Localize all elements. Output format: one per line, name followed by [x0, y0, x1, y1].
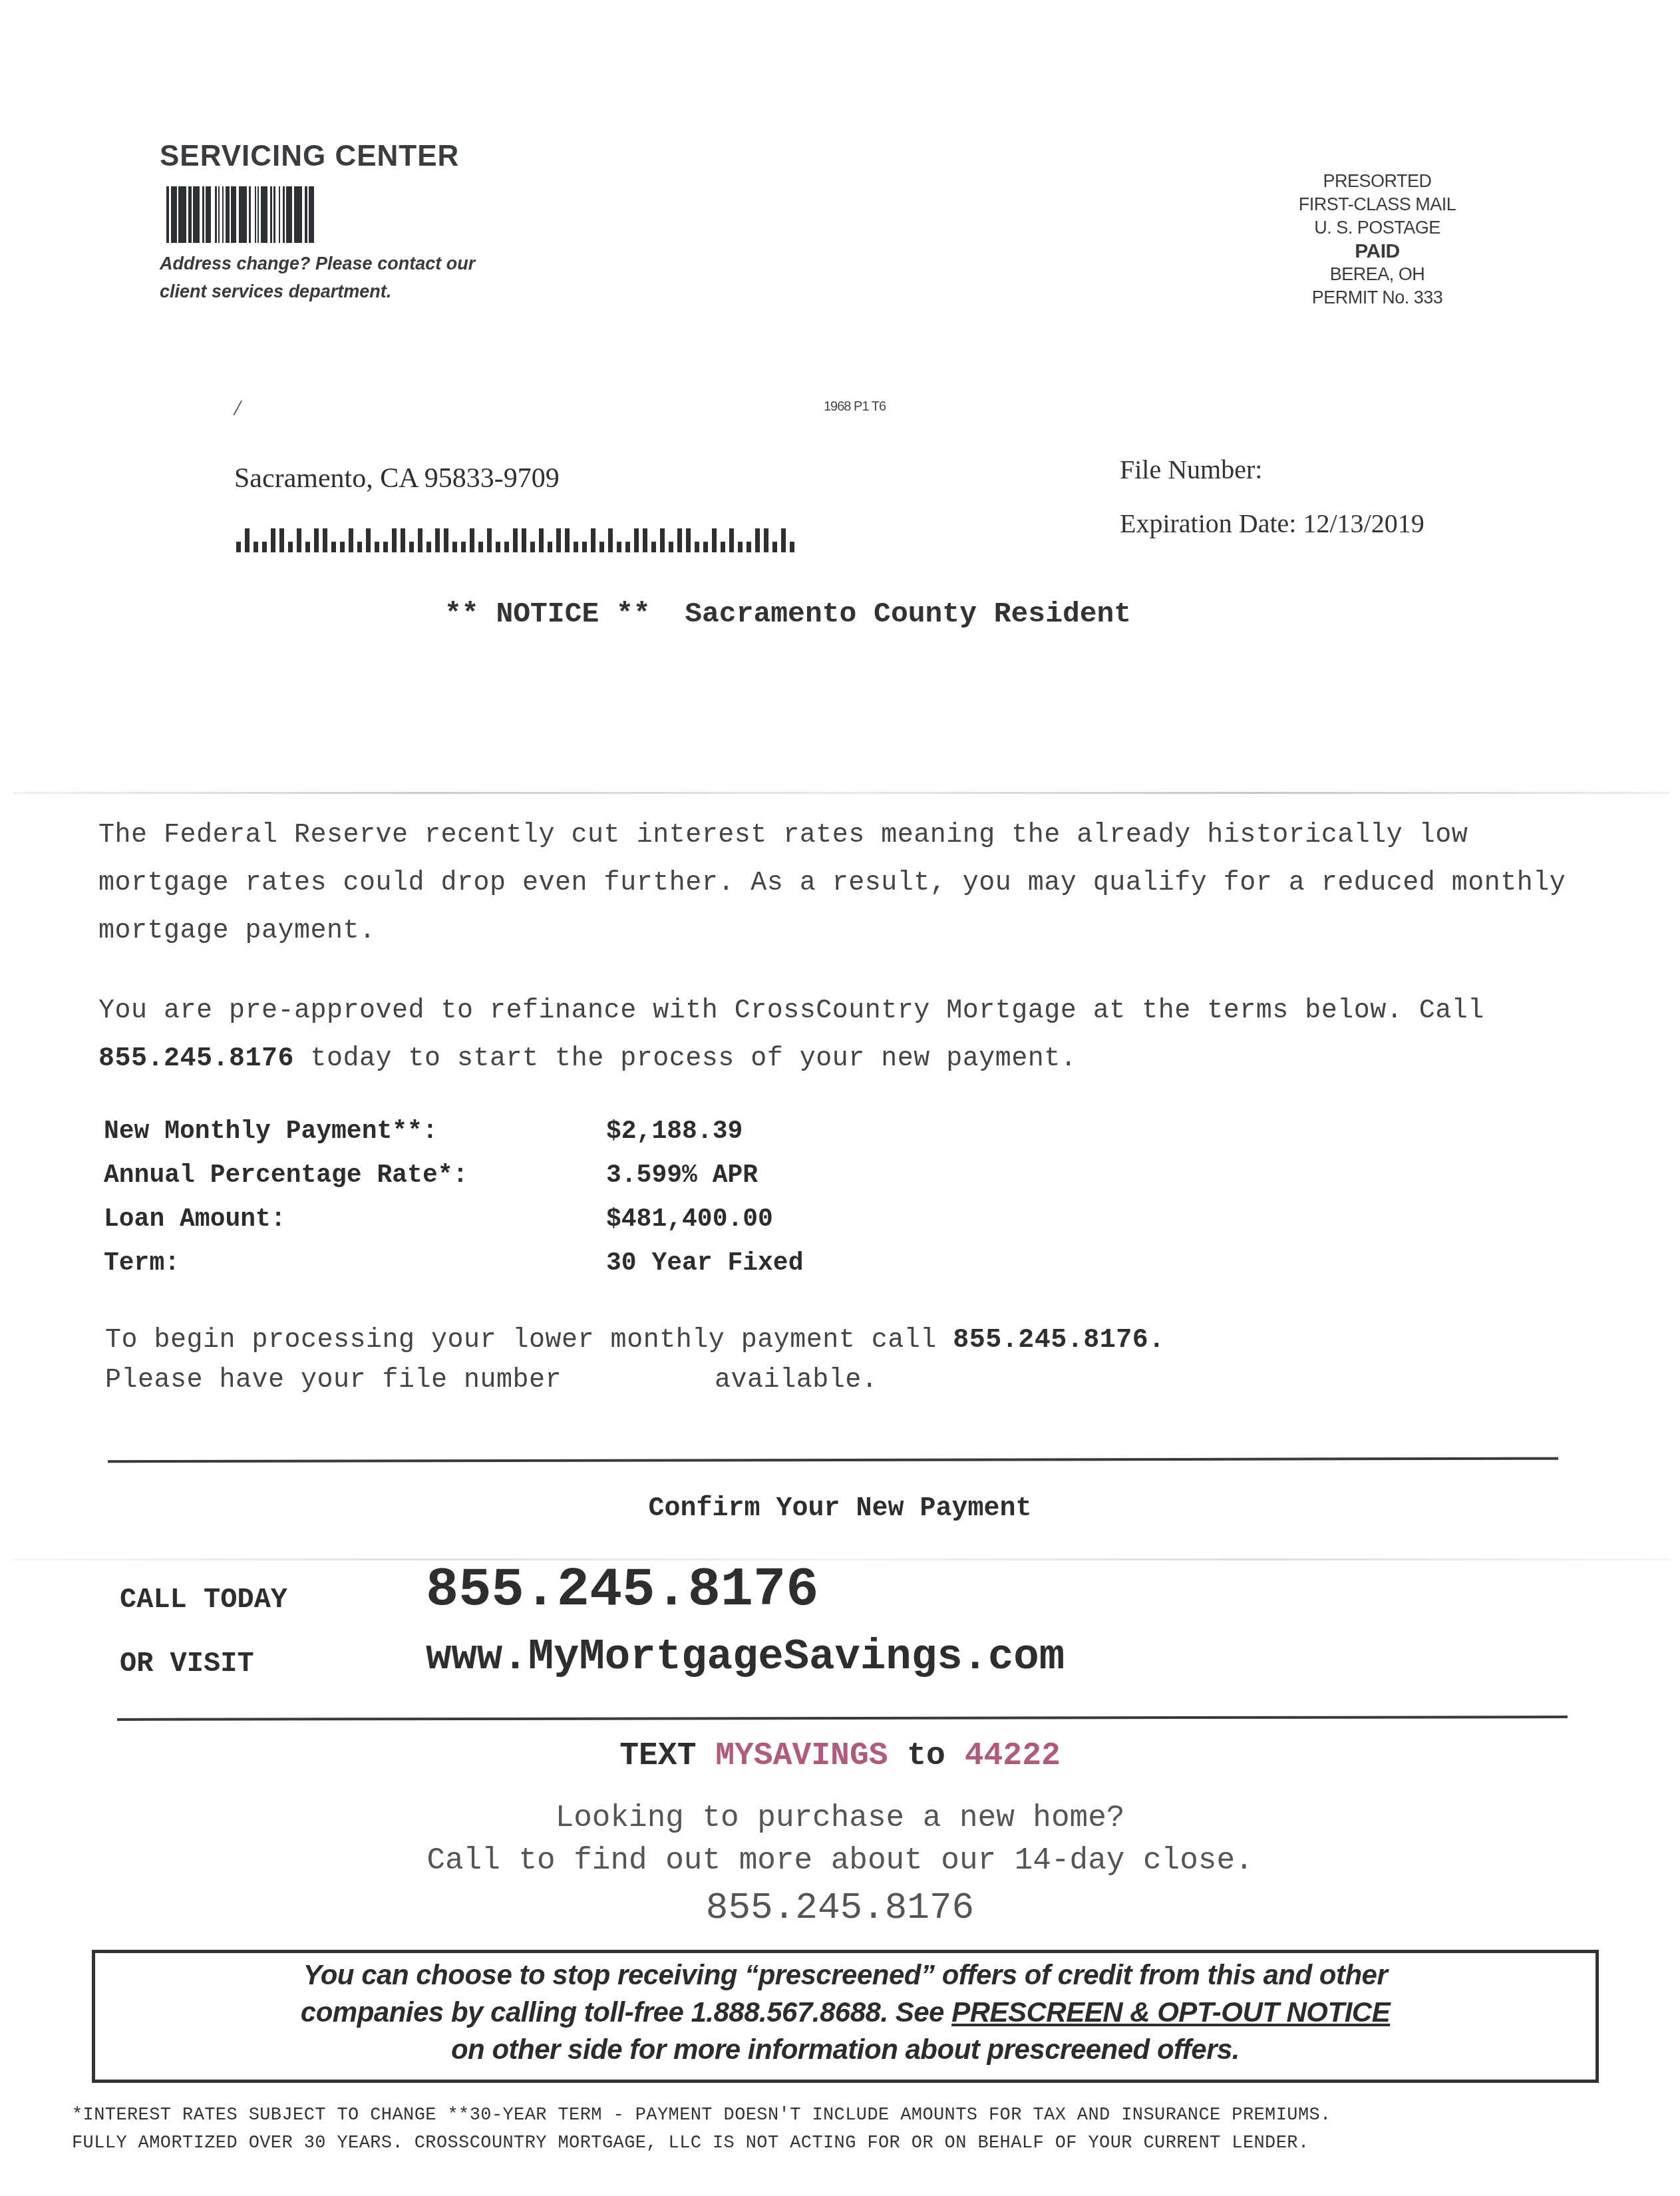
postage-line: PRESORTED — [1271, 170, 1484, 193]
divider — [108, 1457, 1558, 1463]
preapproval-paragraph: You are pre-approved to refinance with C… — [98, 988, 1596, 1083]
terms-value: $481,400.00 — [606, 1205, 773, 1234]
terms-value: $2,188.39 — [606, 1117, 743, 1146]
address-change-note: Address change? Please contact our clien… — [160, 250, 475, 305]
prescreen-optout-link[interactable]: PRESCREEN & OPT-OUT NOTICE — [951, 1996, 1390, 2028]
terms-row: Annual Percentage Rate*: 3.599% APR — [104, 1153, 803, 1197]
terms-label: New Monthly Payment**: — [104, 1117, 606, 1146]
phone-link[interactable]: 855.245.8176. — [953, 1326, 1165, 1356]
purchase-line-1: Looking to purchase a new home? — [0, 1797, 1680, 1839]
website-link[interactable]: www.MyMortgageSavings.com — [426, 1634, 1065, 1682]
notice-recipient-type: Sacramento County Resident — [685, 598, 1131, 630]
postage-city: BEREA, OH — [1271, 263, 1484, 286]
confirm-title: Confirm Your New Payment — [0, 1494, 1680, 1524]
divider — [117, 1716, 1568, 1721]
optout-line-3: on other side for more information about… — [92, 2031, 1599, 2068]
processing-paragraph: To begin processing your lower monthly p… — [105, 1321, 1602, 1401]
text-keyword: MYSAVINGS — [715, 1738, 888, 1774]
recipient-city-state-zip: Sacramento, CA 95833-9709 — [234, 462, 560, 494]
phone-link[interactable]: 855.245.8176 — [0, 1882, 1680, 1934]
terms-row: Term: 30 Year Fixed — [104, 1241, 803, 1285]
address-mark: / — [234, 396, 240, 421]
expiration-label: Expiration Date: — [1120, 508, 1296, 538]
terms-row: Loan Amount: $481,400.00 — [104, 1197, 803, 1241]
postage-paid: PAID — [1271, 240, 1484, 263]
loan-terms-table: New Monthly Payment**: $2,188.39 Annual … — [104, 1109, 803, 1285]
batch-code: 1968 P1 T6 — [824, 399, 886, 415]
file-number-request: Please have your file number — [105, 1366, 562, 1395]
postage-indicia: PRESORTED FIRST-CLASS MAIL U. S. POSTAGE… — [1271, 170, 1484, 309]
file-number: File Number: — [1120, 454, 1262, 485]
call-today-label: CALL TODAY — [120, 1584, 287, 1616]
barcode-icon — [166, 186, 579, 243]
notice-prefix: ** NOTICE ** — [444, 598, 651, 630]
expiration-date: Expiration Date: 12/13/2019 — [1120, 508, 1425, 539]
terms-value: 30 Year Fixed — [606, 1249, 803, 1278]
text-to-word: to — [907, 1738, 945, 1774]
preapproval-text-end: today to start the process of your new p… — [311, 1044, 1077, 1074]
footer-disclaimer: *INTEREST RATES SUBJECT TO CHANGE **30-Y… — [72, 2102, 1615, 2157]
visit-label: OR VISIT — [120, 1648, 254, 1680]
available-text: available. — [715, 1366, 878, 1395]
optout-line-1: You can choose to stop receiving “prescr… — [92, 1956, 1599, 1994]
optout-phone-text: companies by calling toll-free 1.888.567… — [301, 1996, 944, 2028]
postage-permit: PERMIT No. 333 — [1271, 286, 1484, 309]
terms-row: New Monthly Payment**: $2,188.39 — [104, 1109, 803, 1153]
disclaimer-line-2: FULLY AMORTIZED OVER 30 YEARS. CROSSCOUN… — [72, 2129, 1615, 2157]
processing-line-2: Please have your file numberavailable. — [105, 1361, 1602, 1401]
phone-link[interactable]: 855.245.8176 — [98, 1044, 294, 1074]
file-number-label: File Number: — [1120, 455, 1262, 484]
notice-heading: ** NOTICE ** Sacramento County Resident — [444, 598, 1131, 630]
fold-line — [13, 792, 1670, 794]
terms-label: Term: — [104, 1249, 606, 1278]
address-note-line-1: Address change? Please contact our — [160, 250, 475, 277]
text-short-code[interactable]: 44222 — [965, 1738, 1061, 1774]
postage-line: FIRST-CLASS MAIL — [1271, 193, 1484, 216]
disclaimer-line-1: *INTEREST RATES SUBJECT TO CHANGE **30-Y… — [72, 2102, 1615, 2129]
purchase-promo: Looking to purchase a new home? Call to … — [0, 1797, 1680, 1934]
terms-label: Loan Amount: — [104, 1205, 606, 1234]
text-word: TEXT — [619, 1738, 696, 1774]
postnet-barcode-icon — [236, 526, 822, 552]
postage-line: U. S. POSTAGE — [1271, 216, 1484, 240]
preapproval-text: You are pre-approved to refinance with C… — [98, 996, 1484, 1026]
intro-paragraph: The Federal Reserve recently cut interes… — [98, 812, 1596, 956]
text-offer: TEXT MYSAVINGS to 44222 — [0, 1738, 1680, 1774]
optout-notice-text: You can choose to stop receiving “prescr… — [92, 1956, 1599, 2068]
purchase-line-2: Call to find out more about our 14-day c… — [0, 1839, 1680, 1882]
sender-title: SERVICING CENTER — [160, 140, 459, 173]
processing-text: To begin processing your lower monthly p… — [105, 1326, 937, 1356]
processing-line-1: To begin processing your lower monthly p… — [105, 1321, 1602, 1361]
optout-line-2: companies by calling toll-free 1.888.567… — [92, 1994, 1599, 2031]
phone-link[interactable]: 855.245.8176 — [426, 1559, 819, 1621]
address-note-line-2: client services department. — [160, 277, 475, 305]
terms-label: Annual Percentage Rate*: — [104, 1161, 606, 1190]
fold-line — [13, 1558, 1670, 1560]
terms-value: 3.599% APR — [606, 1161, 758, 1190]
expiration-value: 12/13/2019 — [1303, 508, 1424, 538]
